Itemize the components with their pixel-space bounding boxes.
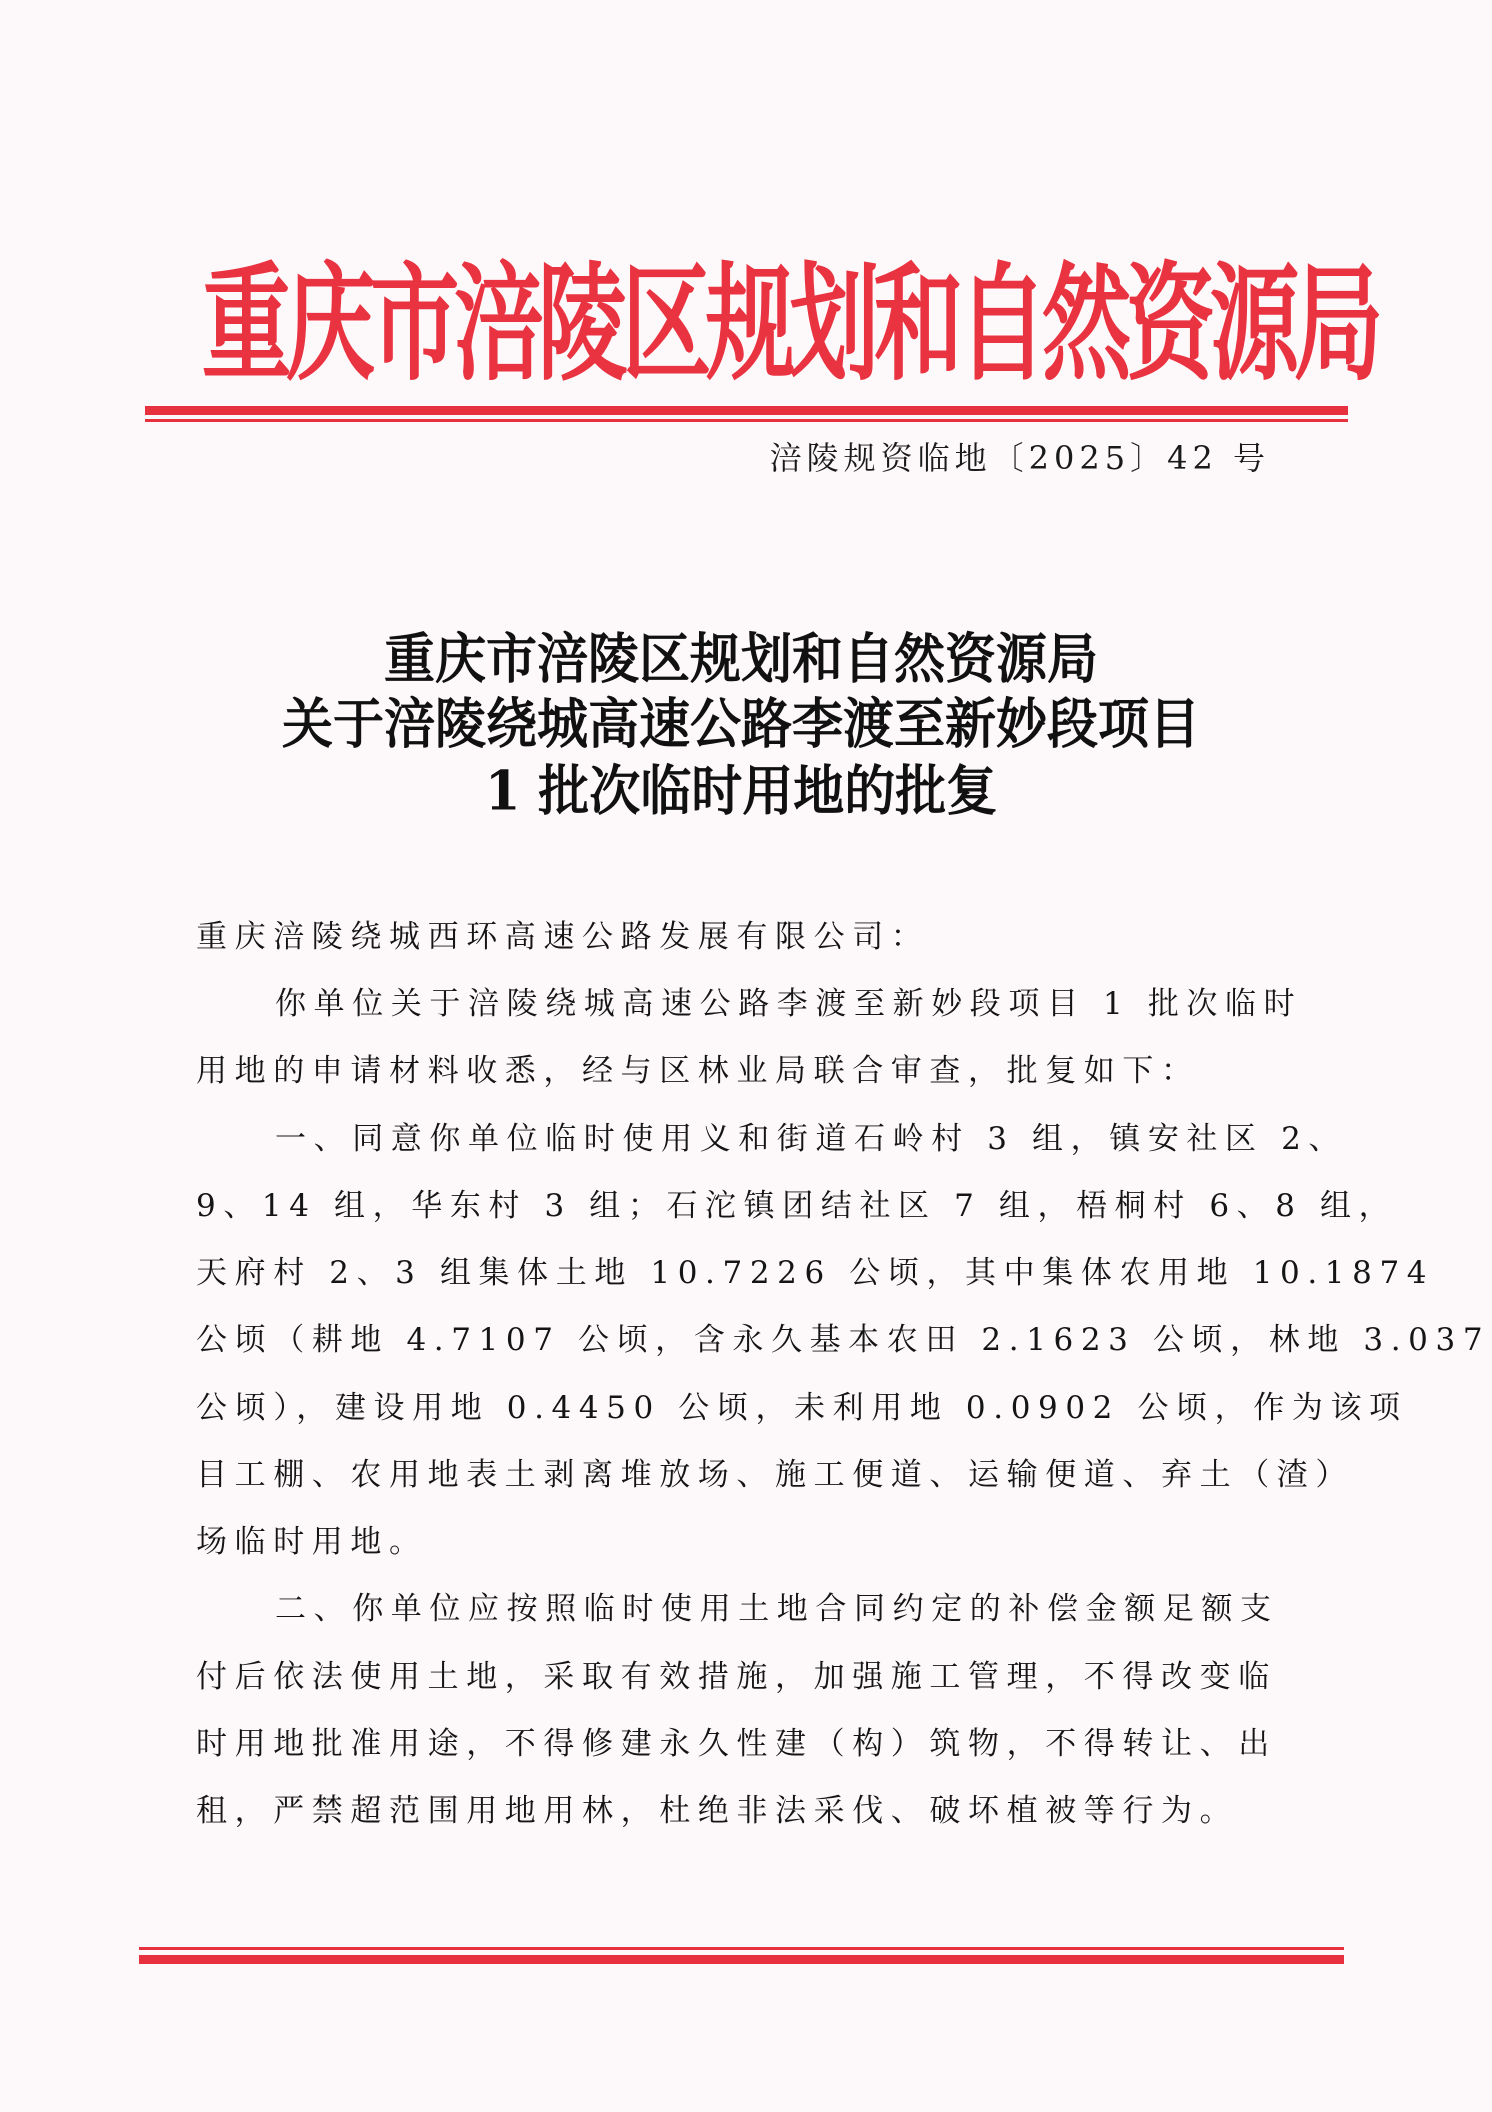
body-line: 你单位关于涪陵绕城高速公路李渡至新妙段项目 1 批次临时 — [275, 984, 1302, 1024]
masthead-char: 市 — [370, 243, 442, 404]
masthead-thin-rule — [145, 419, 1348, 422]
body-line: 二、你单位应按照临时使用土地合同约定的补偿金额足额支 — [275, 1589, 1279, 1629]
body-line: 用地的申请材料收悉，经与区林业局联合审查，批复如下： — [196, 1051, 1200, 1091]
document-title-line-3: 1 批次临时用地的批复 — [0, 755, 1492, 826]
masthead-char: 和 — [874, 243, 946, 404]
body-line: 9、14 组，华东村 3 组；石沱镇团结社区 7 组，梧桐村 6、8 组， — [196, 1186, 1397, 1226]
masthead-title: 重 庆 市 涪 陵 区 规 划 和 自 然 资 源 局 — [196, 258, 1304, 390]
masthead-char: 资 — [1126, 243, 1198, 404]
masthead-char: 源 — [1210, 243, 1282, 404]
document-number: 涪陵规资临地〔2025〕42 号 — [770, 436, 1270, 480]
body-line: 一、同意你单位临时使用义和街道石岭村 3 组，镇安社区 2、 — [275, 1119, 1347, 1159]
masthead-char: 陵 — [538, 243, 610, 404]
masthead-char: 局 — [1294, 243, 1366, 404]
document-page: 重 庆 市 涪 陵 区 规 划 和 自 然 资 源 局 涪陵规资临地〔2025〕… — [0, 0, 1492, 2112]
body-line: 付后依法使用土地，采取有效措施，加强施工管理，不得改变临 — [196, 1657, 1277, 1697]
body-line: 时用地批准用途，不得修建永久性建（构）筑物，不得转让、出 — [196, 1724, 1277, 1764]
body-line: 公顷（耕地 4.7107 公顷，含永久基本农田 2.1623 公顷，林地 3.0… — [196, 1320, 1492, 1360]
footer-thin-rule — [139, 1947, 1344, 1950]
masthead-char: 规 — [706, 243, 778, 404]
masthead-char: 庆 — [286, 243, 358, 404]
masthead-char: 然 — [1042, 243, 1114, 404]
masthead-thick-rule — [145, 406, 1348, 415]
body-line: 天府村 2、3 组集体土地 10.7226 公顷，其中集体农用地 10.1874 — [196, 1253, 1434, 1293]
document-title-line-1: 重庆市涪陵区规划和自然资源局 — [0, 623, 1492, 694]
title-line-3-text: 1 批次临时用地的批复 — [485, 755, 997, 826]
masthead-char: 自 — [958, 243, 1030, 404]
document-title-line-2: 关于涪陵绕城高速公路李渡至新妙段项目 — [0, 688, 1492, 759]
body-line: 目工棚、农用地表土剥离堆放场、施工便道、运输便道、弃土（渣） — [196, 1455, 1354, 1495]
body-line: 场临时用地。 — [196, 1522, 428, 1562]
masthead-char: 重 — [202, 243, 274, 404]
addressee-line: 重庆涪陵绕城西环高速公路发展有限公司： — [196, 917, 929, 957]
masthead-char: 区 — [622, 243, 694, 404]
title-line-1-text: 重庆市涪陵区规划和自然资源局 — [384, 623, 1098, 694]
footer-thick-rule — [139, 1955, 1344, 1964]
title-line-2-text: 关于涪陵绕城高速公路李渡至新妙段项目 — [282, 688, 1200, 759]
masthead-char: 划 — [790, 243, 862, 404]
masthead-char: 涪 — [454, 243, 526, 404]
body-line: 公顷），建设用地 0.4450 公顷，未利用地 0.0902 公顷，作为该项 — [196, 1388, 1408, 1428]
body-line: 租，严禁超范围用地用林，杜绝非法采伐、破坏植被等行为。 — [196, 1791, 1238, 1831]
